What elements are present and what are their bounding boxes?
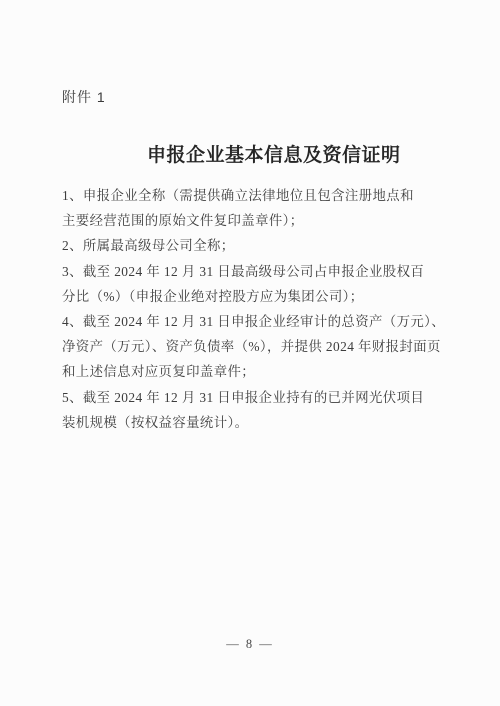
paragraph-line: 2、所属最高级母公司全称； [62,238,235,253]
paragraph-line: 1、申报企业全称（需提供确立法律地位且包含注册地点和 [62,188,414,203]
paragraph-line: 5、截至 2024 年 12 月 31 日申报企业持有的已并网光伏项目 [62,390,424,405]
document-body: 1、申报企业全称（需提供确立法律地位且包含注册地点和 主要经营范围的原始文件复印… [62,183,442,435]
document-title: 申报企业基本信息及资信证明 [147,140,401,167]
document-page: 附件 1 申报企业基本信息及资信证明 1、申报企业全称（需提供确立法律地位且包含… [0,0,500,706]
paragraph-line: 分比（%）（申报企业绝对控股方应为集团公司）； [62,289,364,304]
paragraph-line: 3、截至 2024 年 12 月 31 日最高级母公司占申报企业股权百 [62,264,424,279]
paragraph-5: 5、截至 2024 年 12 月 31 日申报企业持有的已并网光伏项目 装机规模… [62,385,442,435]
paragraph-line: 4、截至 2024 年 12 月 31 日申报企业经审计的总资产（万元）、 [62,314,445,329]
paragraph-line: 主要经营范围的原始文件复印盖章件）； [62,213,304,228]
paragraph-line: 净资产（万元）、资产负债率（%），并提供 2024 年财报封面页 [62,339,441,354]
paragraph-1: 1、申报企业全称（需提供确立法律地位且包含注册地点和 主要经营范围的原始文件复印… [62,183,442,233]
attachment-label: 附件 1 [62,87,106,107]
paragraph-3: 3、截至 2024 年 12 月 31 日最高级母公司占申报企业股权百 分比（%… [62,259,442,309]
page-number: — 8 — [0,637,500,652]
paragraph-line: 装机规模（按权益容量统计）。 [62,415,248,430]
paragraph-4: 4、截至 2024 年 12 月 31 日申报企业经审计的总资产（万元）、 净资… [62,309,442,385]
paragraph-2: 2、所属最高级母公司全称； [62,233,442,258]
paragraph-line: 和上述信息对应页复印盖章件； [62,364,255,379]
